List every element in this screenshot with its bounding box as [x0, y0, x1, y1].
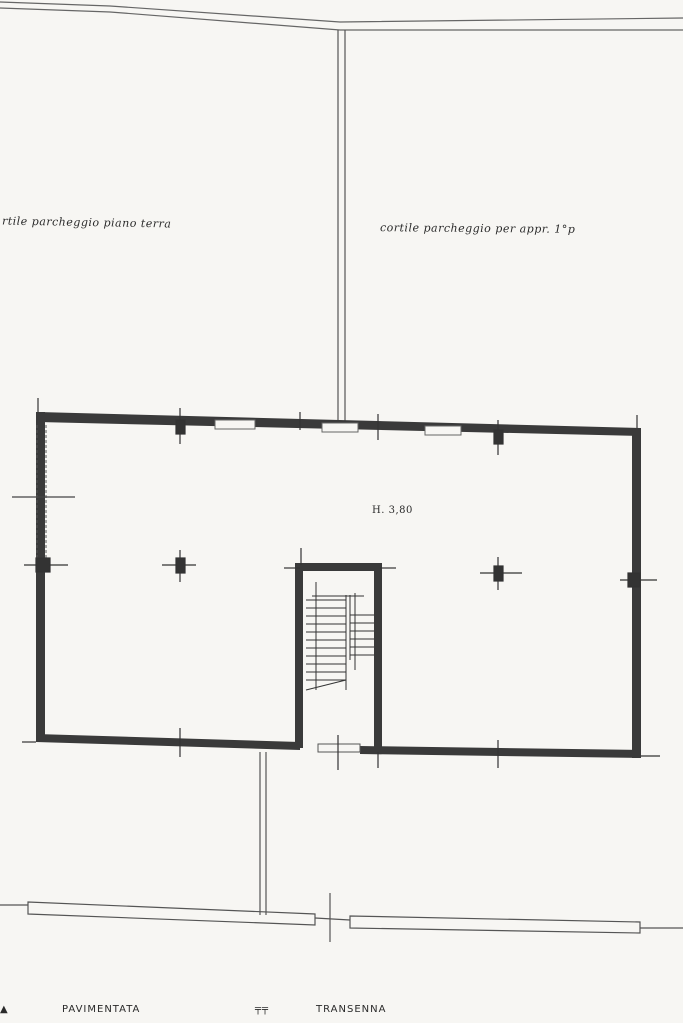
legend-symbol-fence-icon: ╤╤: [255, 1004, 269, 1015]
legend-symbol-paved-icon: ▲: [0, 1004, 9, 1015]
pillar-marks: [22, 398, 660, 770]
bottom-fence: [0, 893, 683, 942]
building-walls: [36, 412, 641, 758]
legend-fence-text: TRANSENNA: [316, 1004, 386, 1015]
staircase: [306, 582, 374, 690]
courtyard-label-right: cortile parcheggio per appr. 1°p: [380, 221, 575, 236]
courtyard-divider: [338, 30, 345, 425]
bottom-connector: [260, 752, 266, 915]
legend-paved-text: PAVIMENTATA: [62, 1004, 140, 1015]
stair-door: [318, 744, 360, 752]
room-height-label: H. 3,80: [372, 505, 413, 516]
top-boundary-wall: [0, 2, 683, 30]
floor-plan-drawing: [0, 0, 683, 1023]
